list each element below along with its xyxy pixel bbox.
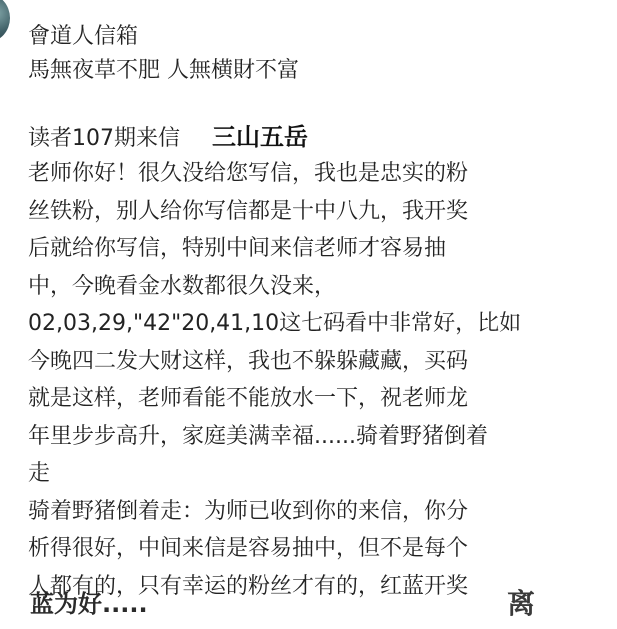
letter-line: 02,03,29,"42"20,41,10这七码看中非常好，比如 [28,305,588,343]
mailbox-motto: 馬無夜草不肥 人無横財不富 [28,54,299,88]
letter-line: 中，今晚看金水数都很久没来， [28,268,588,306]
letter-line: 后就给你写信，特别中间来信老师才容易抽 [28,230,588,268]
letter-line: 老师你好！很久没给您写信，我也是忠实的粉 [28,155,588,193]
letter-line: 今晚四二发大财这样，我也不躲躲藏藏，买码 [28,343,588,381]
letter-line: 年里步步高升，家庭美满幸福......骑着野猪倒着 [28,418,588,456]
reply-ending: 蓝为好..... [30,584,148,619]
letter-line: 丝铁粉，别人给你写信都是十中八九，我开奖 [28,193,588,231]
reply-line: 骑着野猪倒着走：为师已收到你的来信，你分 [28,493,588,531]
reply-line: 析得很好，中间来信是容易抽中，但不是每个 [28,530,588,568]
letter-signature-title: 三山五岳 [212,123,308,151]
letter-line: 走 [28,455,588,493]
mailbox-header: 會道人信箱 馬無夜草不肥 人無横財不富 [28,20,299,88]
letter-line: 就是这样，老师看能不能放水一下，祝老师龙 [28,380,588,418]
letter-issue-label: 读者107期来信 [28,126,180,151]
mailbox-title: 會道人信箱 [28,20,299,54]
avatar[interactable] [0,0,10,42]
letter-title-row: 读者107期来信三山五岳 [28,120,308,156]
letter-body: 老师你好！很久没给您写信，我也是忠实的粉 丝铁粉，别人给你写信都是十中八九，我开… [28,155,588,605]
footer-character: 离 [507,582,535,622]
